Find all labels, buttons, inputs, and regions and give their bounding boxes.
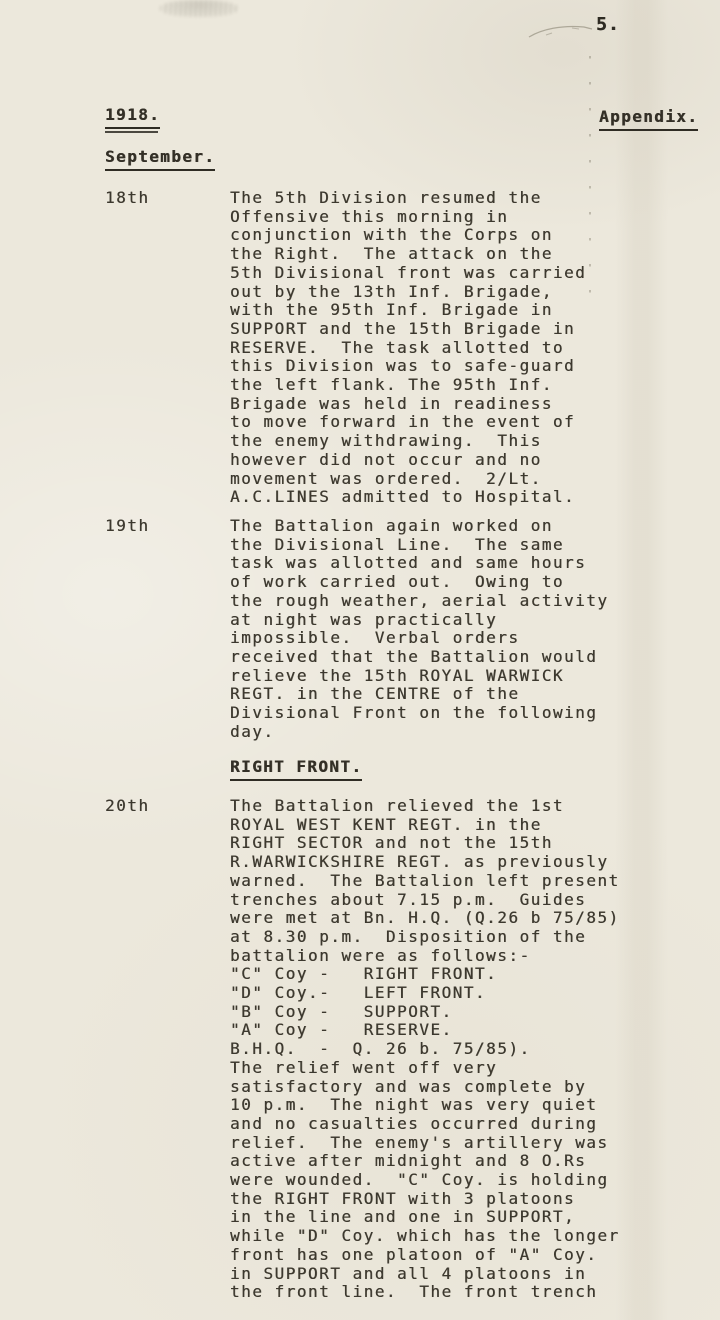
faint-stamp-smudge: [160, 0, 238, 17]
month-heading-text: September.: [105, 148, 215, 171]
entry-date: 19th: [105, 517, 150, 536]
year-heading: 1918.: [105, 106, 160, 129]
page-number: 5.: [596, 14, 620, 35]
entry-body: The 5th Division resumed the Offensive t…: [230, 189, 586, 507]
entry-body: The Battalion again worked on the Divisi…: [230, 517, 609, 741]
fold-dotted-line: [589, 56, 591, 302]
entry-date: 18th: [105, 189, 150, 208]
appendix-heading: Appendix.: [599, 108, 698, 131]
month-heading: September.: [105, 148, 215, 171]
entry-date: 20th: [105, 797, 150, 816]
appendix-heading-text: Appendix.: [599, 108, 698, 131]
document-page: 5. 1918. Appendix. September. 18th The 5…: [0, 0, 720, 1320]
pencil-mark: [526, 18, 604, 44]
right-front-section-heading: RIGHT FRONT.: [230, 758, 362, 781]
entry-body: The Battalion relieved the 1st ROYAL WES…: [230, 797, 620, 1302]
right-front-heading-text: RIGHT FRONT.: [230, 758, 362, 781]
year-heading-text: 1918.: [105, 106, 160, 129]
